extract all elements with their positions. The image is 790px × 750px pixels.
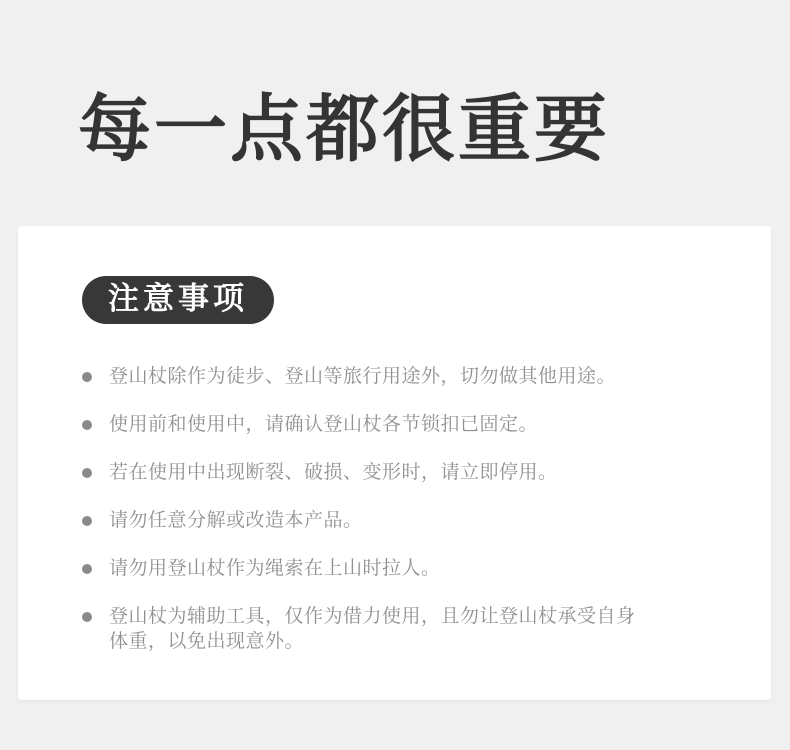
list-item: 请勿任意分解或改造本产品。 (82, 508, 711, 533)
notice-list: 登山杖除作为徒步、登山等旅行用途外，切勿做其他用途。 使用前和使用中，请确认登山… (82, 364, 711, 654)
page-title: 每一点都很重要 (78, 92, 610, 169)
notice-item-text: 请勿任意分解或改造本产品。 (109, 508, 363, 533)
bullet-dot-icon (82, 420, 92, 430)
notice-section-badge: 注意事项 (82, 276, 274, 324)
notice-item-text: 若在使用中出现断裂、破损、变形时，请立即停用。 (109, 460, 558, 485)
bullet-dot-icon (82, 612, 92, 622)
notice-item-text: 使用前和使用中，请确认登山杖各节锁扣已固定。 (109, 412, 538, 437)
list-item: 使用前和使用中，请确认登山杖各节锁扣已固定。 (82, 412, 711, 437)
notice-item-text: 登山杖为辅助工具，仅作为借力使用，且勿让登山杖承受自身体重，以免出现意外。 (109, 604, 637, 654)
bullet-dot-icon (82, 468, 92, 478)
list-item: 登山杖除作为徒步、登山等旅行用途外，切勿做其他用途。 (82, 364, 711, 389)
notice-item-text: 登山杖除作为徒步、登山等旅行用途外，切勿做其他用途。 (109, 364, 616, 389)
bullet-dot-icon (82, 372, 92, 382)
bullet-dot-icon (82, 516, 92, 526)
bullet-dot-icon (82, 564, 92, 574)
list-item: 请勿用登山杖作为绳索在上山时拉人。 (82, 556, 711, 581)
notice-card: 注意事项 登山杖除作为徒步、登山等旅行用途外，切勿做其他用途。 使用前和使用中，… (18, 226, 771, 700)
notice-item-text: 请勿用登山杖作为绳索在上山时拉人。 (109, 556, 441, 581)
list-item: 若在使用中出现断裂、破损、变形时，请立即停用。 (82, 460, 711, 485)
list-item: 登山杖为辅助工具，仅作为借力使用，且勿让登山杖承受自身体重，以免出现意外。 (82, 604, 711, 654)
